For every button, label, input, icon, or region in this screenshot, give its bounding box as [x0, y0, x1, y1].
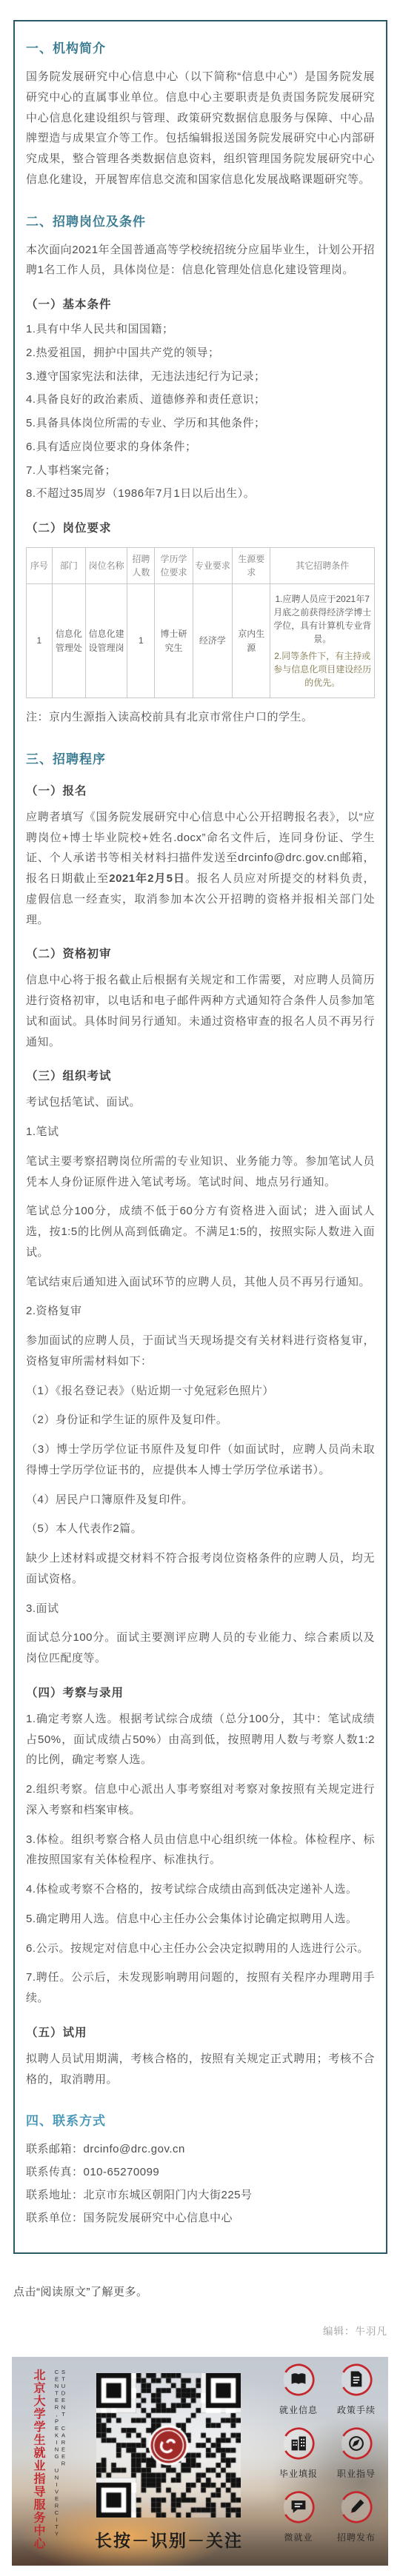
sub-heading: （五）试用	[26, 2024, 375, 2040]
table-header-cell: 专业要求	[193, 548, 233, 584]
sub-heading: （二）资格初审	[26, 945, 375, 961]
paragraph: 3.面试	[26, 1599, 375, 1619]
qr-caption: 长按－识别－关注	[86, 2527, 252, 2552]
paragraph: 5.确定聘用人选。信息中心主任办公会集体讨论确定拟聘用人选。	[26, 1909, 375, 1930]
sub-heading: （二）岗位要求	[26, 519, 375, 535]
paragraph: （4）居民户口簿原件及复印件。	[26, 1490, 375, 1511]
sub-heading: （三）组织考试	[26, 1067, 375, 1083]
list-item: 5.具备具体岗位所需的专业、学历和其他条件；	[26, 413, 375, 434]
footer-banner[interactable]: 北京大学学生就业指导服务中心 STUDENT CAREER CENTER,PEK…	[12, 2357, 388, 2566]
chat-icon	[281, 2490, 316, 2528]
paragraph: 2.组织考察。信息中心派出人事考察组对考察对象按照有关规定进行深入考察和档案审核…	[26, 1779, 375, 1821]
editor-credit: 编辑：牛羽凡	[13, 2323, 387, 2338]
service-label: 招聘发布	[337, 2531, 376, 2543]
sub-heading: （一）报名	[26, 782, 375, 798]
pencil-icon	[339, 2490, 373, 2528]
section-heading: 二、招聘岗位及条件	[26, 211, 375, 230]
table-cell: 信息化建设管理岗	[85, 584, 127, 698]
section-heading: 四、联系方式	[26, 2110, 375, 2129]
paragraph: 本次面向2021年全国普通高等学校统招统分应届毕业生，计划公开招聘1名工作人员，…	[26, 240, 375, 281]
table-header-cell: 序号	[27, 548, 53, 584]
service-item[interactable]: 毕业填报	[273, 2426, 324, 2480]
read-more-hint[interactable]: 点击“阅读原文”了解更多。	[13, 2284, 387, 2299]
service-label: 微就业	[284, 2531, 313, 2543]
paragraph: 1.笔试	[26, 1122, 375, 1143]
service-item[interactable]: 政策手续	[330, 2363, 382, 2416]
table-header-cell: 学历学位要求	[155, 548, 193, 584]
table-cell: 1	[127, 584, 155, 698]
paragraph: 拟聘人员试用期满，考核合格的，按照有关规定正式聘用；考核不合格的，取消聘用。	[26, 2049, 375, 2090]
list-item: 1.具有中华人民共和国国籍；	[26, 319, 375, 340]
building-icon	[281, 2426, 316, 2464]
service-label: 就业信息	[279, 2403, 318, 2416]
sub-heading: （四）考察与录用	[26, 1684, 375, 1700]
table-cell: 信息化管理处	[52, 584, 85, 698]
compass-icon	[339, 2426, 373, 2464]
table-cell-other-conditions: 1.应聘人员应于2021年7月底之前获得经济学博士学位，具有计算机专业背景。2.…	[270, 584, 375, 698]
table-header-cell: 部门	[52, 548, 85, 584]
table-header-cell: 招聘人数	[127, 548, 155, 584]
paragraph: 1.确定考察人选。根据考试综合成绩（总分100分，其中：笔试成绩占50%，面试成…	[26, 1709, 375, 1770]
paragraph: 笔试主要考察招聘岗位所需的专业知识、业务能力等。参加笔试人员凭本人身份证原件进入…	[26, 1151, 375, 1193]
service-label: 政策手续	[337, 2403, 376, 2416]
service-item[interactable]: 招聘发布	[330, 2490, 382, 2543]
paragraph: 国务院发展研究中心信息中心（以下简称“信息中心”）是国务院发展研究中心的直属事业…	[26, 67, 375, 190]
paragraph: 信息中心将于报名截止后根据有关规定和工作需要，对应聘人员简历进行资格初审，以电话…	[26, 970, 375, 1052]
paragraph: （5）本人代表作2篇。	[26, 1519, 375, 1539]
paragraph: 笔试结束后通知进入面试环节的应聘人员，其他人员不再另行通知。	[26, 1272, 375, 1293]
list-item: 7.人事档案完备；	[26, 461, 375, 481]
service-item[interactable]: 职业指导	[330, 2426, 382, 2480]
paragraph: 4.体检或考察不合格的，按考试综合成绩由高到低决定递补人选。	[26, 1879, 375, 1900]
table-header-cell: 其它招聘条件	[270, 548, 375, 584]
list-item: 2.热爱祖国，拥护中国共产党的领导；	[26, 343, 375, 364]
table-header-cell: 岗位名称	[85, 548, 127, 584]
paragraph: 7.聘任。公示后，未发现影响聘用问题的，按照有关程序办理聘用手续。	[26, 1967, 375, 2009]
paragraph: 6.公示。按规定对信息中心主任办公会决定拟聘用的人选进行公示。	[26, 1938, 375, 1959]
section-heading: 三、招聘程序	[26, 749, 375, 767]
service-item[interactable]: 就业信息	[273, 2363, 324, 2416]
qr-code-canvas	[96, 2373, 241, 2518]
paragraph: 面试总分100分。面试主要测评应聘人员的专业能力、综合素质以及岗位匹配度等。	[26, 1627, 375, 1669]
paragraph: 注：京内生源指入读高校前具有北京市常住户口的学生。	[26, 707, 375, 728]
table-cell: 1	[27, 584, 53, 698]
qr-code[interactable]	[96, 2373, 241, 2518]
contact-line: 联系地址：北京市东城区朝阳门内大街225号	[26, 2185, 375, 2206]
table-row: 1信息化管理处信息化建设管理岗1博士研究生经济学京内生源1.应聘人员应于2021…	[27, 584, 375, 698]
paragraph: 考试包括笔试、面试。	[26, 1092, 375, 1113]
paragraph: （3）博士学历学位证书原件及复印件（如面试时，应聘人员尚未取得博士学历学位证书的…	[26, 1439, 375, 1481]
service-label: 职业指导	[337, 2467, 376, 2480]
list-item: 6.具有适应岗位要求的身体条件；	[26, 437, 375, 458]
table-cell: 博士研究生	[155, 584, 193, 698]
paragraph: 笔试总分100分，成绩不低于60分方有资格进入面试；进入面试人选，按1:5的比例…	[26, 1201, 375, 1262]
requirements-table: 序号部门岗位名称招聘人数学历学位要求专业要求生源要求其它招聘条件1信息化管理处信…	[26, 547, 375, 698]
list-item: 3.遵守国家宪法和法律，无违法违纪行为记录；	[26, 367, 375, 387]
article-page: 一、机构简介国务院发展研究中心信息中心（以下简称“信息中心”）是国务院发展研究中…	[0, 0, 400, 2576]
service-label: 毕业填报	[279, 2467, 318, 2480]
paragraph: 3.体检。组织考察合格人员由信息中心组织统一体检。体检程序、标准按照国家有关体检…	[26, 1830, 375, 1871]
recruitment-notice-box: 一、机构简介国务院发展研究中心信息中心（以下简称“信息中心”）是国务院发展研究中…	[13, 20, 387, 2254]
table-cell: 经济学	[193, 584, 233, 698]
org-name-en-vertical: STUDENT CAREER CENTER,PEKING UNIVERCITY	[53, 2369, 67, 2557]
paragraph: 参加面试的应聘人员，于面试当天现场提交有关材料进行资格复审，资格复审所需材料如下…	[26, 1331, 375, 1372]
paragraph: （1）《报名登记表》（贴近期一寸免冠彩色照片）	[26, 1381, 375, 1402]
table-cell: 京内生源	[233, 584, 270, 698]
book-icon	[281, 2363, 316, 2401]
table-header-cell: 生源要求	[233, 548, 270, 584]
sub-heading: （一）基本条件	[26, 295, 375, 312]
paragraph: 应聘者填写《国务院发展研究中心信息中心公开招聘报名表》，以“应聘岗位+博士毕业院…	[26, 807, 375, 931]
document-icon	[339, 2363, 373, 2401]
section-heading: 一、机构简介	[26, 38, 375, 56]
paragraph: 缺少上述材料或提交材料不符合报考岗位资格条件的应聘人员，均无面试资格。	[26, 1548, 375, 1590]
org-name-vertical: 北京大学学生就业指导服务中心	[30, 2369, 47, 2554]
contact-line: 联系单位：国务院发展研究中心信息中心	[26, 2208, 375, 2229]
contact-line: 联系传真：010-65270099	[26, 2162, 375, 2183]
list-item: 8.不超过35周岁（1986年7月1日以后出生）。	[26, 484, 375, 504]
list-item: 4.具备良好的政治素质、道德修养和责任意识；	[26, 389, 375, 410]
contact-line: 联系邮箱：drcinfo@drc.gov.cn	[26, 2139, 375, 2160]
paragraph: 2.资格复审	[26, 1301, 375, 1322]
paragraph: （2）身份证和学生证的原件及复印件。	[26, 1410, 375, 1431]
service-item[interactable]: 微就业	[273, 2490, 324, 2543]
service-icon-grid: 就业信息政策手续毕业填报职业指导微就业招聘发布	[273, 2363, 384, 2543]
